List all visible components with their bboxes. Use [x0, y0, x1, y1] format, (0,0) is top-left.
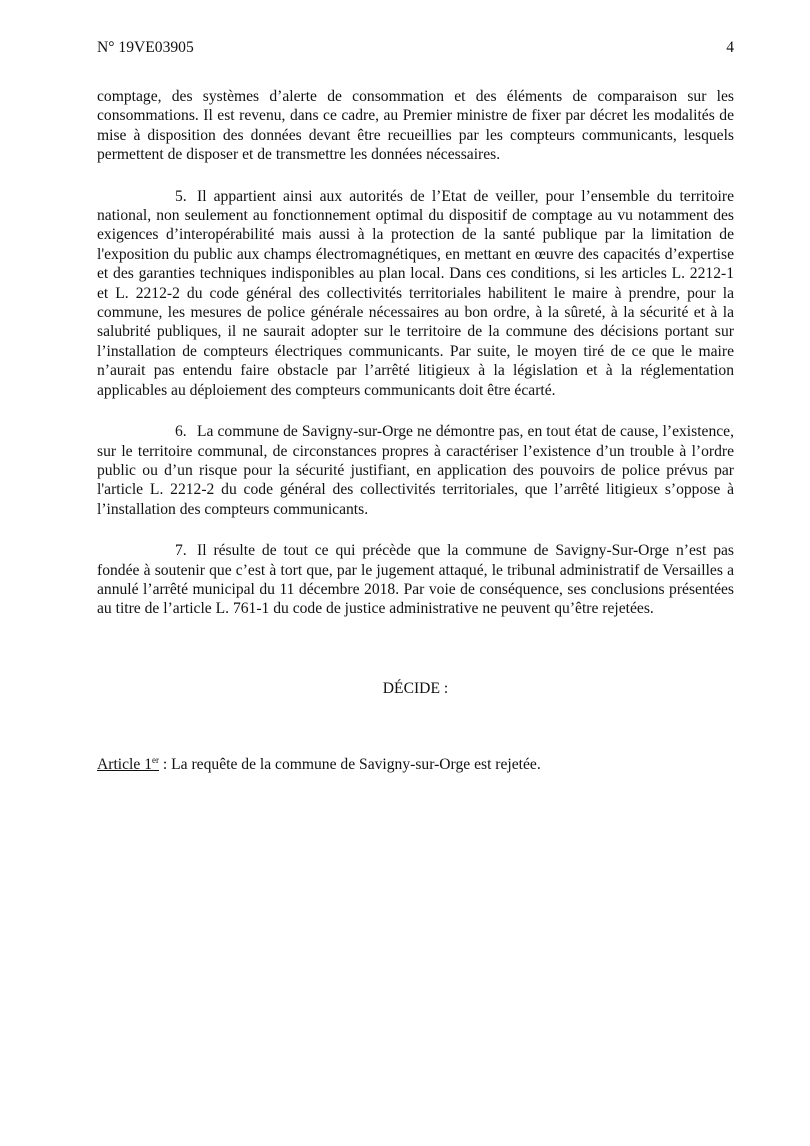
paragraph-7: 7.Il résulte de tout ce qui précède que …: [97, 541, 734, 619]
case-number: N° 19VE03905: [97, 38, 194, 57]
article-label-text: Article 1: [97, 756, 152, 773]
paragraph-number: 7.: [175, 541, 197, 560]
page-number: 4: [726, 38, 734, 57]
paragraph-5: 5.Il appartient ainsi aux autorités de l…: [97, 187, 734, 400]
document-page: N° 19VE03905 4 comptage, des systèmes d’…: [97, 38, 734, 774]
paragraph-number: 5.: [175, 187, 197, 206]
article-label-superscript: er: [152, 755, 159, 765]
article-label: Article 1er: [97, 756, 159, 773]
page-header: N° 19VE03905 4: [97, 38, 734, 57]
continuation-paragraph: comptage, des systèmes d’alerte de conso…: [97, 87, 734, 165]
article-separator: :: [159, 756, 171, 773]
paragraph-6: 6.La commune de Savigny-sur-Orge ne démo…: [97, 422, 734, 519]
paragraph-text: Il appartient ainsi aux autorités de l’E…: [97, 188, 734, 399]
article-text: La requête de la commune de Savigny-sur-…: [171, 756, 541, 773]
paragraph-number: 6.: [175, 422, 197, 441]
decision-heading: DÉCIDE :: [97, 679, 734, 698]
article-1: Article 1er : La requête de la commune d…: [97, 755, 734, 774]
